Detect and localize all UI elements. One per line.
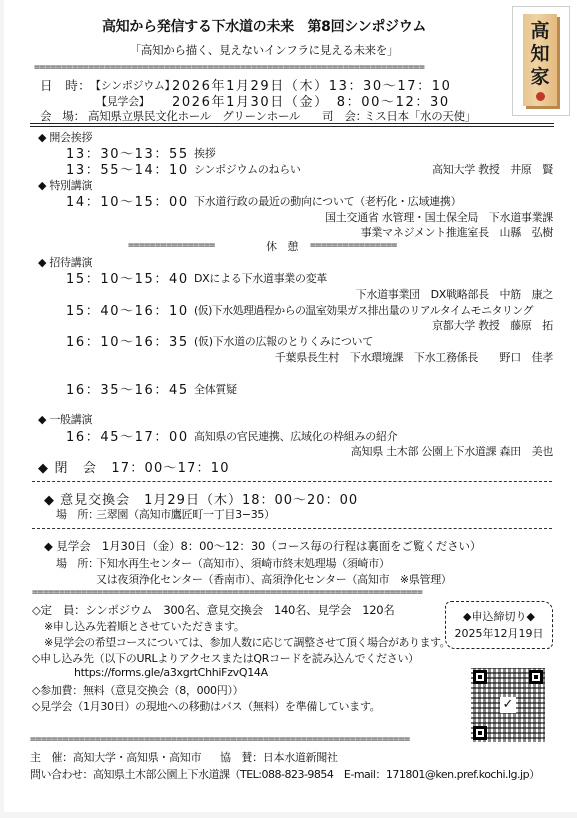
time-slot: 16：35〜16：45 — [66, 379, 189, 398]
logo-char: 知 — [530, 43, 549, 66]
speaker: 京都大学 教授 藤原 拓 — [432, 317, 553, 333]
sponsor: 協 賛：日本水道新聞社 — [220, 749, 338, 765]
time-slot: 14：10〜15：00 — [66, 191, 189, 210]
tour-place-label: 場 所： — [56, 555, 99, 571]
session-title: 高知県の官民連携、広域化の枠組みの紹介 — [194, 428, 397, 444]
qr-finder-icon — [473, 670, 487, 684]
flyer-page: 高知から発信する下水道の未来 第8回シンポジウム 「高知から描く、見えないインフ… — [4, 0, 577, 812]
capacity: ◇定 員：シンポジウム 300名、意見交換会 140名、見学会 120名 — [32, 602, 395, 618]
page-subtitle: 「高知から描く、見えないインフラに見える未来を」 — [4, 42, 524, 58]
break-label: 休 憩 — [266, 238, 298, 254]
dashed-divider — [32, 481, 552, 482]
datetime-label: 日 時： — [40, 76, 91, 94]
deadline-box: ◆申込締切り◆ 2025年12月19日 — [445, 601, 553, 649]
organizer: 主 催：高知大学・高知県・高知市 — [30, 749, 201, 765]
page-title: 高知から発信する下水道の未来 第8回シンポジウム — [4, 16, 524, 36]
speaker: 高知県 土木部 公園上下水道課 森田 美也 — [351, 443, 553, 459]
tour-place-line1: 下知水再生センター（高知市）、須崎市終末処理場（須崎市） — [96, 555, 390, 571]
seal-icon — [536, 92, 545, 101]
logo-wood-block: 高 知 家 — [523, 14, 557, 106]
session-title: 全体質疑 — [194, 381, 237, 397]
time-slot: 15：10〜15：40 — [66, 268, 189, 287]
time-slot: 16：10〜16：35 — [66, 331, 189, 350]
qr-finder-icon — [529, 670, 543, 684]
closing-session: ◆ 閉 会 17：00〜17：10 — [38, 457, 230, 476]
venue-label: 会 場： — [40, 108, 85, 124]
session-title: DXによる下水道事業の変革 — [194, 270, 327, 286]
first-come-note: ※申し込み先着順とさせていただきます。 — [44, 618, 245, 634]
dino-check-icon: ✓ — [500, 697, 516, 713]
logo-char: 高 — [530, 20, 549, 43]
session-title: シンポジウムのねらい — [194, 161, 301, 177]
application-url-link[interactable]: https://forms.gle/a3xgrtChhiFzvQ14A — [74, 666, 268, 679]
tour-heading: ◆ 見学会 1月30日（金）8：00〜12：30（コース毎の行程は裏面をご覧くだ… — [44, 538, 481, 554]
exchange-place: 三翠園（高知市鷹匠町一丁目3−35） — [96, 506, 275, 522]
speaker: 下水道事業団 DX戦略部長 中筋 康之 — [356, 286, 553, 302]
mc-label: 司 会： — [322, 108, 367, 124]
apply-info: ◇申し込み先（以下のURLよりアクセスまたはQRコードを読み込んでください） — [32, 650, 419, 666]
equals-divider: ========================================… — [30, 735, 410, 745]
equals-divider: ========================================… — [34, 63, 492, 73]
speaker: 高知大学 教授 井原 賢 — [432, 161, 553, 177]
qr-code[interactable]: ✓ — [471, 668, 545, 742]
break-divider-right: ================ — [310, 241, 436, 251]
speaker-affiliation: 国土交通省 水管理・国土保全局 下水道事業課 — [325, 209, 553, 225]
session-title: (仮)下水道の広報のとりくみについて — [194, 333, 373, 349]
speaker: 事業マネジメント推進室長 山縣 弘樹 — [361, 224, 553, 240]
qr-finder-icon — [473, 726, 487, 740]
speaker: 千葉県長生村 下水環境課 下水工務係長 野口 佳孝 — [275, 349, 553, 365]
break-divider-left: ================ — [128, 241, 254, 251]
symposium-label: 【シンポジウム】 — [90, 77, 175, 93]
tour-label: 【見学会】 — [96, 93, 150, 109]
session-title: (仮)下水処理過程からの温室効果ガス排出量のリアルタイムモニタリング — [194, 302, 533, 318]
time-slot: 13：55〜14：10 — [66, 159, 189, 178]
tour-place-line2: 又は夜須浄化センター（香南市）、高須浄化センター（高知市 ※県管理） — [96, 571, 452, 587]
equals-divider: ========================================… — [32, 588, 552, 598]
kochi-ka-logo: 高 知 家 — [512, 6, 570, 116]
session-title: 下水道行政の最近の動向について（老朽化・広域連携） — [194, 193, 461, 209]
section-heading-general: ◆ 一般講演 — [38, 411, 92, 427]
logo-char: 家 — [530, 66, 549, 89]
time-slot: 15：40〜16：10 — [66, 300, 189, 319]
venue: 高知県立県民文化ホール グリーンホール — [88, 108, 300, 124]
exchange-place-label: 場 所： — [56, 506, 99, 522]
deadline-label: ◆申込締切り◆ — [446, 608, 552, 625]
contact-info: 問い合わせ：高知県土木部公園上下水道課（TEL:088-823-9854 E-m… — [30, 766, 540, 782]
session-title: 挨拶 — [194, 145, 215, 161]
double-divider — [30, 123, 554, 127]
deadline-date: 2025年12月19日 — [446, 625, 552, 642]
fee-info: ◇参加費：無料（意見交換会（8，000円）） — [32, 682, 243, 698]
tour-course-note: ※見学会の希望コースについては、参加人数に応じて調整させて頂く場合があります。 — [44, 634, 450, 650]
dashed-divider — [32, 528, 552, 529]
time-slot: 16：45〜17：00 — [66, 426, 189, 445]
mc: ミス日本「水の天使」 — [364, 108, 476, 124]
bus-info: ◇見学会（1月30日）の現地への移動はバス（無料）を準備しています。 — [32, 698, 380, 714]
